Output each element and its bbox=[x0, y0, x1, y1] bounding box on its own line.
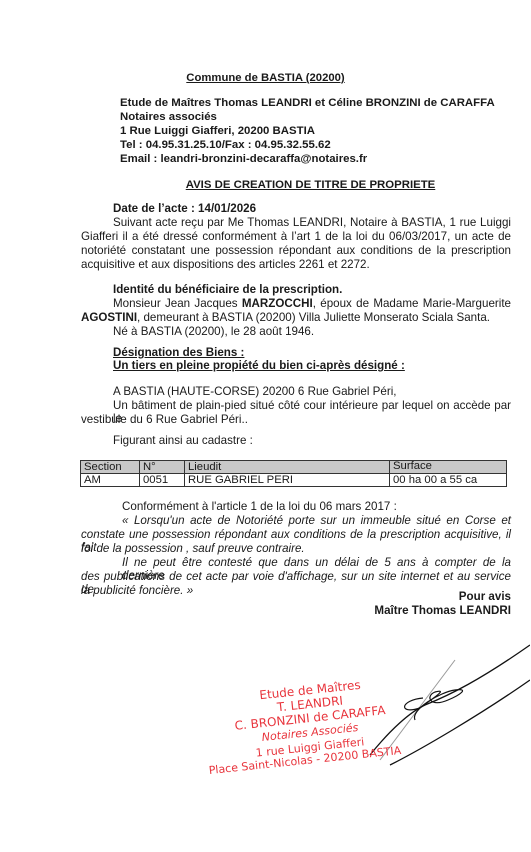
etude-subtitle: Notaires associés bbox=[120, 111, 217, 123]
cell-surface: 00 ha 00 a 55 ca bbox=[390, 474, 507, 487]
cell-numero: 0051 bbox=[140, 474, 185, 487]
cell-section: AM bbox=[81, 474, 140, 487]
acte-line: notoriété constatant une possession répo… bbox=[81, 244, 511, 257]
biens-subheading: Un tiers en pleine propiété du bien ci-a… bbox=[113, 359, 405, 372]
cell-lieudit: RUE GABRIEL PERI bbox=[185, 474, 390, 487]
acte-line: Giafferi il a été dressé conformément à … bbox=[81, 230, 511, 243]
loi-quote-line: foi de la possession , sauf preuve contr… bbox=[81, 542, 305, 555]
beneficiaire-heading: Identité du bénéficiaire de la prescript… bbox=[113, 283, 342, 296]
loi-quote-line: la publicité foncière. » bbox=[81, 584, 193, 597]
pour-avis: Pour avis bbox=[459, 590, 511, 603]
etude-name: Etude de Maîtres Thomas LEANDRI et Célin… bbox=[120, 97, 495, 109]
beneficiaire-line1: Monsieur Jean Jacques MARZOCCHI, époux d… bbox=[113, 297, 511, 310]
table-row: AM 0051 RUE GABRIEL PERI 00 ha 00 a 55 c… bbox=[81, 474, 507, 487]
signatory-name: Maître Thomas LEANDRI bbox=[374, 604, 511, 617]
biens-heading: Désignation des Biens : bbox=[113, 346, 244, 359]
acte-line: acquisitive et aux dispositions des arti… bbox=[81, 258, 370, 271]
beneficiaire-line2: AGOSTINI, demeurant à BASTIA (20200) Vil… bbox=[81, 311, 490, 324]
header-lieudit: Lieudit bbox=[185, 461, 390, 474]
loi-quote-line: « Lorsqu'un acte de Notoriété porte sur … bbox=[122, 514, 511, 527]
loi-intro: Conformément à l'article 1 de la loi du … bbox=[122, 500, 397, 513]
header-numero: N° bbox=[140, 461, 185, 474]
cadastre-label: Figurant ainsi au cadastre : bbox=[113, 434, 253, 447]
etude-address: 1 Rue Luiggi Giafferi, 20200 BASTIA bbox=[120, 125, 315, 137]
avis-title: AVIS DE CREATION DE TITRE DE PROPRIETE bbox=[0, 179, 531, 191]
commune-title: Commune de BASTIA (20200) bbox=[0, 72, 531, 84]
beneficiaire-birth: Né à BASTIA (20200), le 28 août 1946. bbox=[113, 325, 314, 338]
etude-phone: Tel : 04.95.31.25.10/Fax : 04.95.32.55.6… bbox=[120, 139, 331, 151]
acte-line: Suivant acte reçu par Me Thomas LEANDRI,… bbox=[113, 216, 511, 229]
acte-date: Date de l’acte : 14/01/2026 bbox=[113, 202, 256, 215]
etude-email[interactable]: Email : leandri-bronzini-decaraffa@notai… bbox=[120, 153, 367, 165]
header-section: Section bbox=[81, 461, 140, 474]
header-surface: Surface bbox=[390, 461, 507, 474]
cadastre-table: Section N° Lieudit Surface AM 0051 RUE G… bbox=[80, 460, 507, 487]
table-header-row: Section N° Lieudit Surface bbox=[81, 461, 507, 474]
biens-address: A BASTIA (HAUTE-CORSE) 20200 6 Rue Gabri… bbox=[113, 385, 397, 398]
biens-desc: vestibule du 6 Rue Gabriel Péri.. bbox=[81, 413, 248, 426]
